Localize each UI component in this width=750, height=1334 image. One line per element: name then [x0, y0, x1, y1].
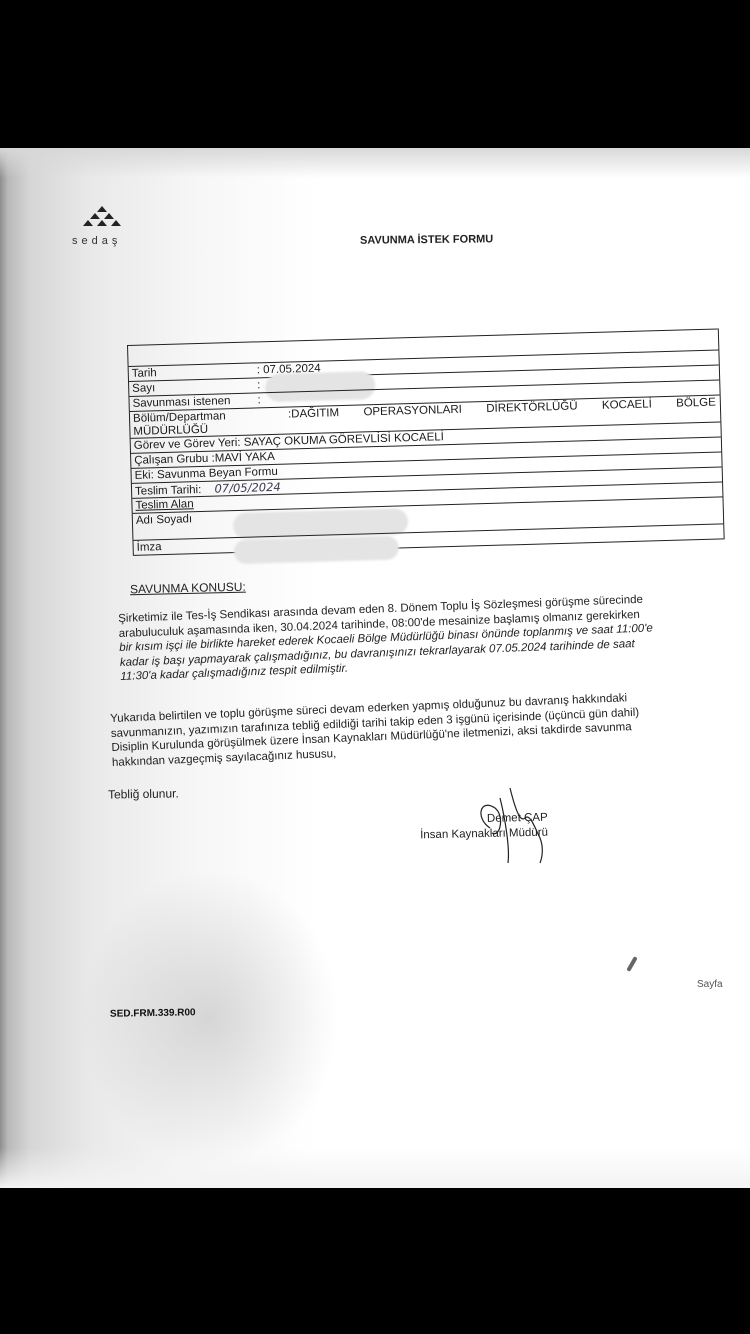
company-logo: sedaş: [72, 206, 136, 247]
signature-label: İmza: [136, 541, 161, 554]
form-code: SED.FRM.339.R00: [110, 1007, 196, 1019]
department-word: BÖLGE: [676, 396, 716, 411]
page-curl: [0, 1148, 750, 1188]
department-word: OPERASYONLARI: [363, 403, 462, 420]
date-label: Tarih: [132, 366, 157, 381]
form-table: Tarih : 07.05.2024 Sayı : Savunması iste…: [127, 328, 725, 555]
department-word: KOCAELİ: [602, 397, 652, 412]
signer-block: Demet ÇAP İnsan Kaynakları Müdürü: [420, 811, 548, 844]
department-label: Bölüm/Departman: [133, 409, 226, 426]
closing-text: Tebliğ olunur.: [108, 786, 179, 801]
document-title: SAVUNMA İSTEK FORMU: [360, 233, 493, 246]
photo-background: [0, 1188, 750, 1334]
number-value: :: [257, 378, 261, 392]
received-by-label: Teslim Alan: [135, 498, 193, 512]
signer-title: İnsan Kaynakları Müdürü: [420, 826, 548, 844]
page-label: Sayfa: [697, 979, 723, 990]
section-heading: SAVUNMA KONUSU:: [130, 580, 246, 597]
name-label: Adı Soyadı: [136, 513, 193, 527]
employee-group-value: MAVİ YAKA: [215, 451, 275, 465]
department-word: :DAĞITIM: [288, 406, 339, 421]
logo-text: sedaş: [72, 235, 136, 247]
requested-from-value: :: [257, 393, 261, 407]
sedas-triangle-logo-icon: [80, 206, 124, 234]
attachment-label: Eki:: [134, 469, 153, 482]
department-word: DİREKTÖRLÜĞÜ: [486, 399, 578, 416]
number-label: Sayı: [132, 381, 155, 396]
redacted-region: [233, 535, 399, 564]
employee-group-label: Çalışan Grubu :: [134, 453, 215, 467]
